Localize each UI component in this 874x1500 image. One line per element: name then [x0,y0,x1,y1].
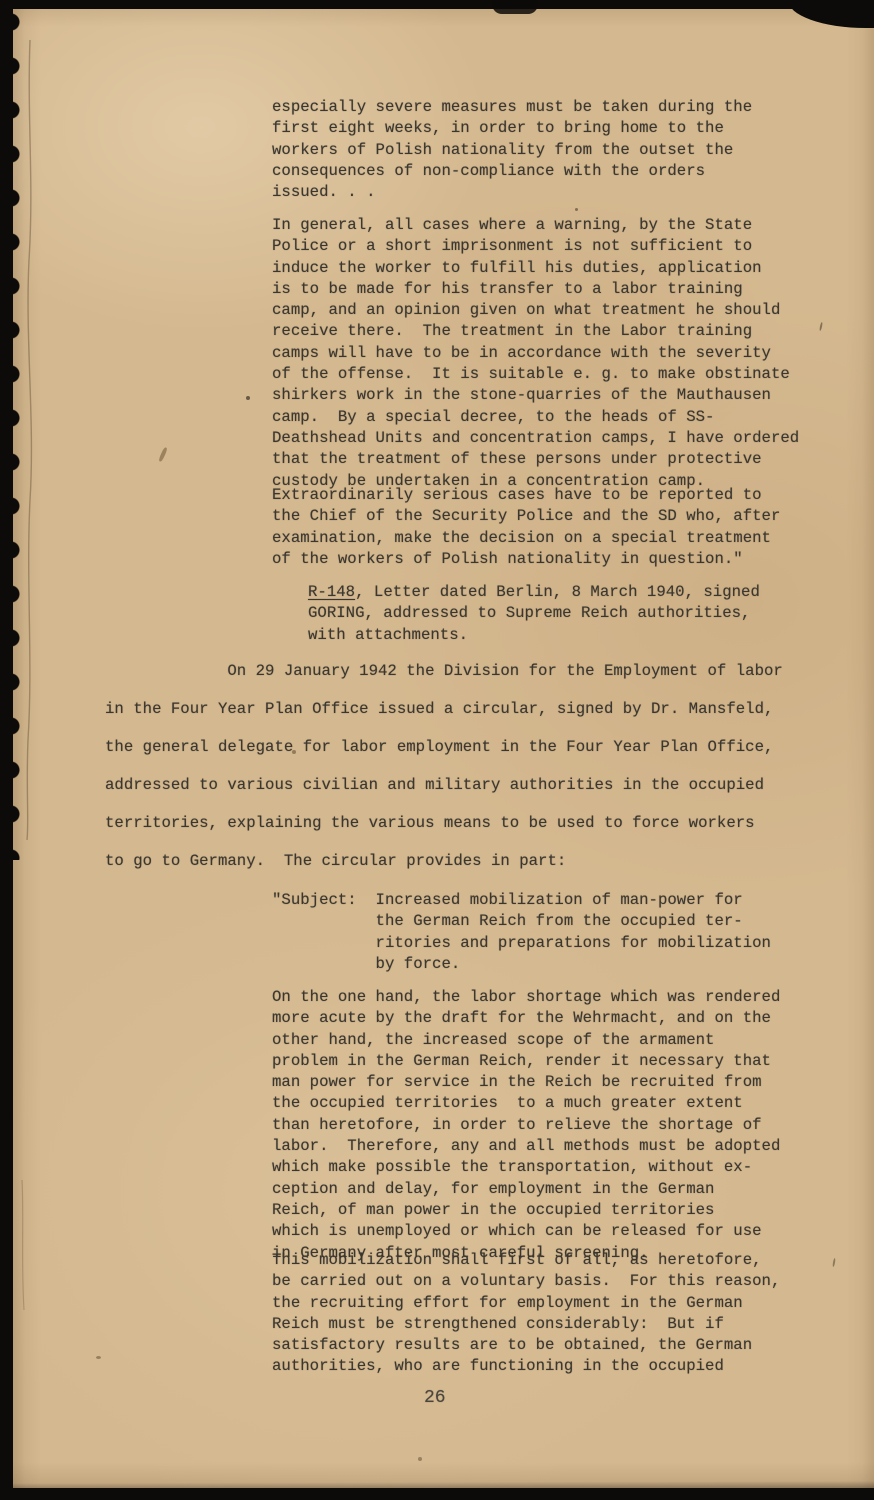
citation-text: , Letter dated Berlin, 8 March 1940, sig… [355,583,760,601]
quote-block-1: especially severe measures must be taken… [272,97,752,203]
citation-ref: R-148 [308,583,355,601]
scanned-document: especially severe measures must be taken… [0,0,874,1500]
page-number: 26 [424,1388,446,1408]
quote-block-2: In general, all cases where a warning, b… [272,215,799,492]
citation-block: R-148, Letter dated Berlin, 8 March 1940… [308,582,760,646]
scan-edge-notch [492,0,538,14]
quote-block-3: Extraordinarily serious cases have to be… [272,485,780,570]
body-paragraph: On 29 January 1942 the Division for the … [105,652,783,880]
scan-edge-bottom [0,1488,874,1500]
subject-block: "Subject: Increased mobilization of man-… [272,890,771,975]
scan-edge-top [0,0,874,9]
quote-block-4: On the one hand, the labor shortage whic… [272,987,780,1264]
citation-text-continued: GORING, addressed to Supreme Reich autho… [308,603,760,646]
quote-block-5: This mobilization shall first of all, as… [272,1250,780,1378]
binding-edge [0,0,13,1500]
